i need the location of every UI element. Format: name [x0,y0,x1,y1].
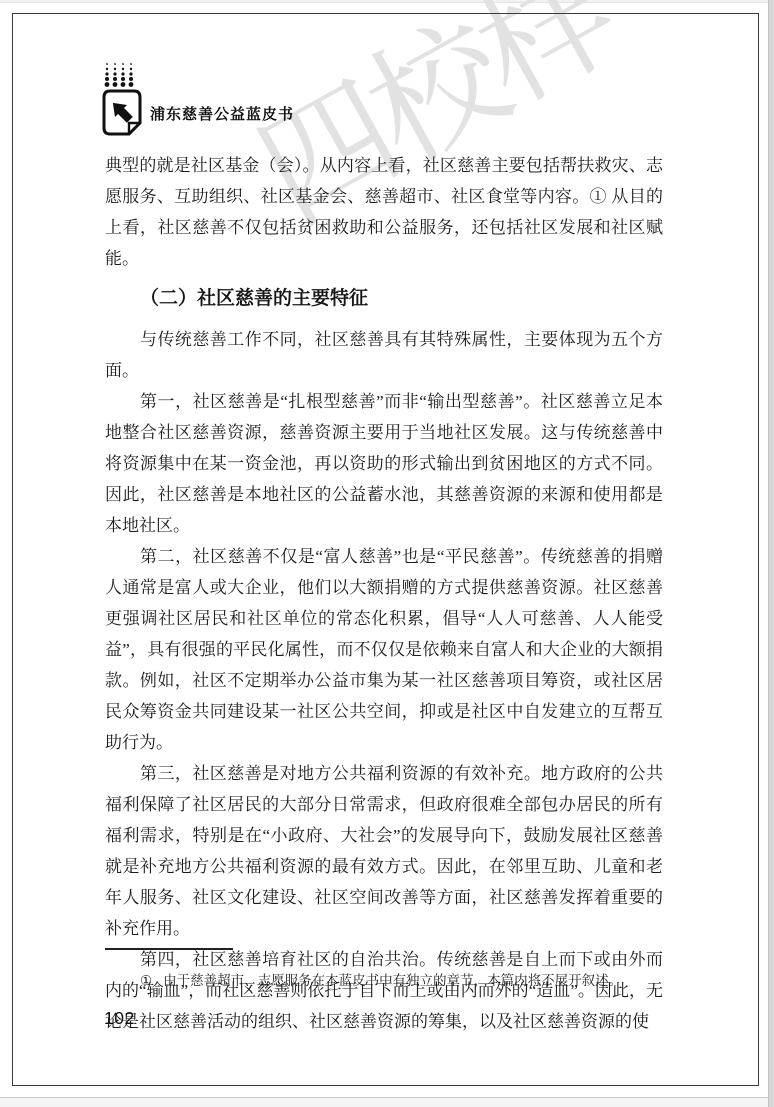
page-number: 102 [104,1008,135,1029]
series-logo-header: 浦东慈善公益蓝皮书 [102,62,294,137]
paragraph-intro: 典型的就是社区基金（会）。从内容上看，社区慈善主要包括帮扶救灾、志愿服务、互助组… [105,150,663,274]
paragraph-overview: 与传统慈善工作不同，社区慈善具有其特殊属性，主要体现为五个方面。 [105,324,663,386]
article-body: 典型的就是社区基金（会）。从内容上看，社区慈善主要包括帮扶救灾、志愿服务、互助组… [105,150,663,1037]
paragraph-first: 第一，社区慈善是“扎根型慈善”而非“输出型慈善”。社区慈善立足本地整合社区慈善资… [105,386,663,541]
series-title: 浦东慈善公益蓝皮书 [150,103,294,124]
footnote-divider [105,948,233,950]
page-right-edge [768,0,774,1107]
footnote-text: 由于慈善超市、志愿服务在本蓝皮书中有独立的章节，本篇内将不展开叙述。 [163,973,622,988]
paragraph-second: 第二，社区慈善不仅是“富人慈善”也是“平民慈善”。传统慈善的捐赠人通常是富人或大… [105,541,663,758]
publisher-logo [102,62,142,137]
page-bottom-edge [0,1097,774,1107]
logo-page-arrow-icon [102,89,142,137]
document-page: 四校样 浦东慈善公益蓝皮书 [0,0,774,1107]
footnote-marker: ① [140,973,152,988]
footnote: ①由于慈善超市、志愿服务在本蓝皮书中有独立的章节，本篇内将不展开叙述。 [105,971,663,991]
page-top-edge [0,0,774,3]
section-heading: （二）社区慈善的主要特征 [105,284,663,314]
logo-dots-icon [102,62,138,89]
paragraph-third: 第三，社区慈善是对地方公共福利资源的有效补充。地方政府的公共福利保障了社区居民的… [105,758,663,944]
